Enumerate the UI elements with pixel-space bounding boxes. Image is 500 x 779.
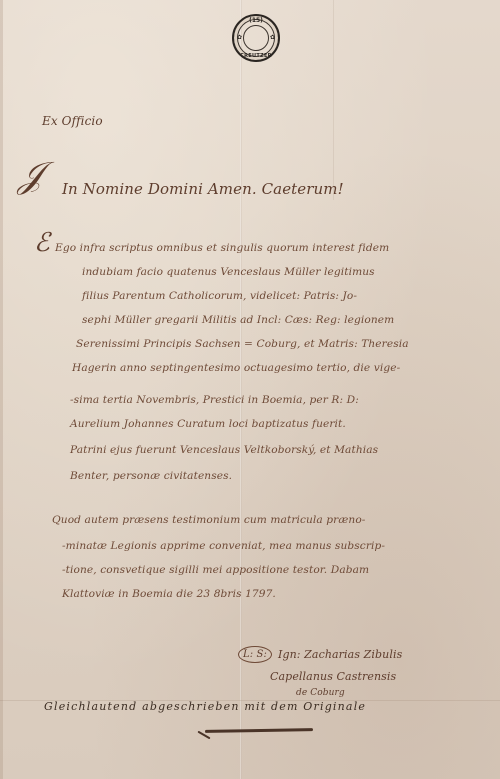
tax-stamp: (15) ✿ ✿ CREUTZER [232,14,280,62]
stamp-currency-text: CREUTZER [234,53,278,59]
body-line: -sima tertia Novembris, Prestici in Boem… [70,394,359,406]
body-line: indubiam facio quatenus Venceslaus Mülle… [82,266,375,278]
body-line: Quod autem præsens testimonium cum matri… [52,514,365,526]
stamp-rosette-icon: ✿ [270,34,275,41]
body-line: Klattoviæ in Boemia die 23 8bris 1797. [62,588,276,600]
ex-officio-heading: Ex Officio [42,114,103,128]
body-line: Aurelium Johannes Curatum loci baptizatu… [70,418,346,430]
invocation-heading: In Nomine Domini Amen. Caeterum! [62,180,344,198]
paper-fold-vertical-secondary [333,0,334,200]
body-line: filius Parentum Catholicorum, videlicet:… [82,290,357,302]
paper-fold-vertical [240,0,242,779]
body-line: Patrini ejus fuerunt Venceslaus Veltkobo… [70,444,378,456]
flourish-stroke [205,728,313,733]
signatory-title: Capellanus Castrensis [270,670,396,683]
body-line: Serenissimi Principis Sachsen = Coburg, … [76,338,409,350]
decorative-initial-e: ℰ [34,228,50,258]
signatory-unit: de Coburg [296,688,345,698]
body-line: sephi Müller gregarii Militis ad Incl: C… [82,314,394,326]
stamp-value-text: (15) [234,17,278,24]
paper-edge [0,0,3,779]
certification-note: Gleichlautend abgeschrieben mit dem Orig… [44,700,366,713]
locus-sigilli-mark: L: S: [238,646,272,663]
body-line: -tione, consvetique sigilli mei appositi… [62,564,369,576]
document-page: (15) ✿ ✿ CREUTZER Ex Officio 𝒥 In Nomine… [0,0,500,779]
decorative-initial-i: 𝒥 [18,158,43,194]
body-line: Benter, personæ civitatenses. [70,470,232,482]
body-line: -minatæ Legionis apprime conveniat, mea … [62,540,385,552]
body-line: Hagerin anno septingentesimo octuagesimo… [72,362,400,374]
body-line: Ego infra scriptus omnibus et singulis q… [55,242,389,254]
stamp-rosette-icon: ✿ [237,34,242,41]
stamp-inner-ring [243,25,269,51]
signatory-name: Ign: Zacharias Zibulis [278,648,402,661]
